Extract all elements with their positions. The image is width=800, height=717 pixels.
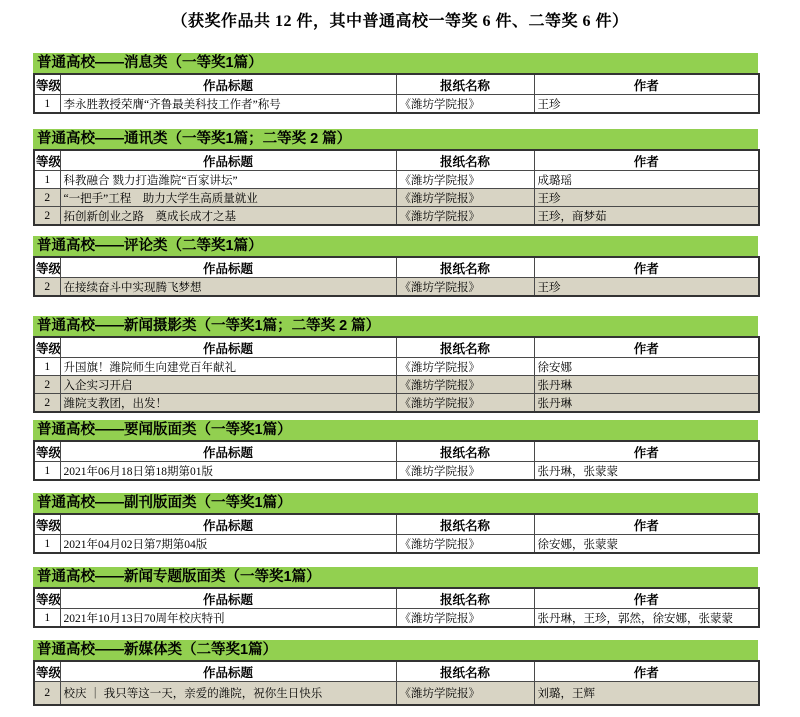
- author-cell: 徐安娜: [534, 358, 759, 376]
- award-section: 普通高校——要闻版面类（一等奖1篇）等级作品标题报纸名称作者12021年06月1…: [33, 420, 758, 481]
- column-header-work: 作品标题: [60, 74, 396, 95]
- header-row: 等级作品标题报纸名称作者: [34, 337, 759, 358]
- awards-table: 等级作品标题报纸名称作者12021年06月18日第18期第01版《潍坊学院报》张…: [33, 440, 760, 481]
- column-header-author: 作者: [534, 337, 759, 358]
- section-title-bar: 普通高校——副刊版面类（一等奖1篇）: [33, 493, 758, 513]
- column-header-newspaper: 报纸名称: [396, 441, 534, 462]
- section-title-bar: 普通高校——新媒体类（二等奖1篇）: [33, 640, 758, 660]
- award-section: 普通高校——通讯类（一等奖1篇；二等奖 2 篇）等级作品标题报纸名称作者1科教融…: [33, 129, 758, 226]
- column-header-grade: 等级: [34, 514, 60, 535]
- grade-cell: 2: [34, 189, 60, 207]
- column-header-author: 作者: [534, 441, 759, 462]
- section-title-bar: 普通高校——评论类（二等奖1篇）: [33, 236, 758, 256]
- header-row: 等级作品标题报纸名称作者: [34, 514, 759, 535]
- header-row: 等级作品标题报纸名称作者: [34, 441, 759, 462]
- awards-table: 等级作品标题报纸名称作者1升国旗！潍院师生向建党百年献礼《潍坊学院报》徐安娜2入…: [33, 336, 760, 413]
- author-cell: 张丹琳，王珍，郭然，徐安娜，张蒙蒙: [534, 609, 759, 628]
- column-header-work: 作品标题: [60, 661, 396, 682]
- column-header-newspaper: 报纸名称: [396, 661, 534, 682]
- grade-cell: 1: [34, 358, 60, 376]
- column-header-work: 作品标题: [60, 441, 396, 462]
- table-row: 12021年06月18日第18期第01版《潍坊学院报》张丹琳，张蒙蒙: [34, 462, 759, 481]
- column-header-work: 作品标题: [60, 257, 396, 278]
- grade-cell: 1: [34, 535, 60, 554]
- newspaper-cell: 《潍坊学院报》: [396, 535, 534, 554]
- work-cell: 科教融合 戮力打造潍院“百家讲坛”: [60, 171, 396, 189]
- award-section: 普通高校——消息类（一等奖1篇）等级作品标题报纸名称作者1李永胜教授荣膺“齐鲁最…: [33, 53, 758, 114]
- grade-cell: 2: [34, 394, 60, 413]
- author-cell: 成璐瑶: [534, 171, 759, 189]
- awards-table: 等级作品标题报纸名称作者2校庆 ｜ 我只等这一天，亲爱的潍院，祝你生日快乐《潍坊…: [33, 660, 760, 706]
- awards-table: 等级作品标题报纸名称作者12021年10月13日70周年校庆特刊《潍坊学院报》张…: [33, 587, 760, 628]
- grade-cell: 2: [34, 682, 60, 706]
- award-section: 普通高校——新媒体类（二等奖1篇）等级作品标题报纸名称作者2校庆 ｜ 我只等这一…: [33, 640, 758, 706]
- newspaper-cell: 《潍坊学院报》: [396, 207, 534, 226]
- newspaper-cell: 《潍坊学院报》: [396, 394, 534, 413]
- author-cell: 徐安娜，张蒙蒙: [534, 535, 759, 554]
- table-row: 12021年04月02日第7期第04版《潍坊学院报》徐安娜，张蒙蒙: [34, 535, 759, 554]
- table-row: 1李永胜教授荣膺“齐鲁最美科技工作者”称号《潍坊学院报》王珍: [34, 95, 759, 114]
- award-section: 普通高校——新闻专题版面类（一等奖1篇）等级作品标题报纸名称作者12021年10…: [33, 567, 758, 628]
- column-header-grade: 等级: [34, 150, 60, 171]
- header-row: 等级作品标题报纸名称作者: [34, 588, 759, 609]
- award-section: 普通高校——新闻摄影类（一等奖1篇；二等奖 2 篇）等级作品标题报纸名称作者1升…: [33, 316, 758, 413]
- author-cell: 王珍: [534, 189, 759, 207]
- grade-cell: 1: [34, 95, 60, 114]
- column-header-newspaper: 报纸名称: [396, 74, 534, 95]
- column-header-author: 作者: [534, 588, 759, 609]
- table-row: 2在接续奋斗中实现腾飞梦想《潍坊学院报》王珍: [34, 278, 759, 297]
- work-cell: 2021年10月13日70周年校庆特刊: [60, 609, 396, 628]
- column-header-author: 作者: [534, 514, 759, 535]
- awards-table: 等级作品标题报纸名称作者1李永胜教授荣膺“齐鲁最美科技工作者”称号《潍坊学院报》…: [33, 73, 760, 114]
- header-row: 等级作品标题报纸名称作者: [34, 257, 759, 278]
- newspaper-cell: 《潍坊学院报》: [396, 376, 534, 394]
- column-header-work: 作品标题: [60, 514, 396, 535]
- grade-cell: 1: [34, 171, 60, 189]
- column-header-work: 作品标题: [60, 337, 396, 358]
- grade-cell: 1: [34, 462, 60, 481]
- column-header-author: 作者: [534, 150, 759, 171]
- section-title-bar: 普通高校——通讯类（一等奖1篇；二等奖 2 篇）: [33, 129, 758, 149]
- column-header-work: 作品标题: [60, 150, 396, 171]
- work-cell: 拓创新创业之路 奠成长成才之基: [60, 207, 396, 226]
- author-cell: 王珍: [534, 95, 759, 114]
- table-row: 1科教融合 戮力打造潍院“百家讲坛”《潍坊学院报》成璐瑶: [34, 171, 759, 189]
- column-header-newspaper: 报纸名称: [396, 337, 534, 358]
- newspaper-cell: 《潍坊学院报》: [396, 609, 534, 628]
- grade-cell: 2: [34, 376, 60, 394]
- header-row: 等级作品标题报纸名称作者: [34, 150, 759, 171]
- table-row: 2潍院支教团，出发！《潍坊学院报》张丹琳: [34, 394, 759, 413]
- column-header-grade: 等级: [34, 257, 60, 278]
- author-cell: 张丹琳，张蒙蒙: [534, 462, 759, 481]
- column-header-newspaper: 报纸名称: [396, 257, 534, 278]
- column-header-work: 作品标题: [60, 588, 396, 609]
- column-header-author: 作者: [534, 74, 759, 95]
- column-header-newspaper: 报纸名称: [396, 588, 534, 609]
- document-page: （获奖作品共 12 件，其中普通高校一等奖 6 件、二等奖 6 件） 普通高校—…: [0, 0, 800, 717]
- work-cell: 入企实习开启: [60, 376, 396, 394]
- work-cell: 校庆 ｜ 我只等这一天，亲爱的潍院，祝你生日快乐: [60, 682, 396, 706]
- grade-cell: 2: [34, 278, 60, 297]
- column-header-grade: 等级: [34, 661, 60, 682]
- author-cell: 刘璐，王辉: [534, 682, 759, 706]
- column-header-author: 作者: [534, 661, 759, 682]
- table-row: 2拓创新创业之路 奠成长成才之基《潍坊学院报》王珍，商梦茹: [34, 207, 759, 226]
- grade-cell: 1: [34, 609, 60, 628]
- author-cell: 王珍，商梦茹: [534, 207, 759, 226]
- author-cell: 张丹琳: [534, 376, 759, 394]
- section-title-bar: 普通高校——消息类（一等奖1篇）: [33, 53, 758, 73]
- table-row: 2校庆 ｜ 我只等这一天，亲爱的潍院，祝你生日快乐《潍坊学院报》刘璐，王辉: [34, 682, 759, 706]
- author-cell: 张丹琳: [534, 394, 759, 413]
- table-row: 1升国旗！潍院师生向建党百年献礼《潍坊学院报》徐安娜: [34, 358, 759, 376]
- newspaper-cell: 《潍坊学院报》: [396, 358, 534, 376]
- column-header-newspaper: 报纸名称: [396, 514, 534, 535]
- header-row: 等级作品标题报纸名称作者: [34, 661, 759, 682]
- column-header-grade: 等级: [34, 441, 60, 462]
- table-row: 12021年10月13日70周年校庆特刊《潍坊学院报》张丹琳，王珍，郭然，徐安娜…: [34, 609, 759, 628]
- grade-cell: 2: [34, 207, 60, 226]
- work-cell: 2021年06月18日第18期第01版: [60, 462, 396, 481]
- awards-table: 等级作品标题报纸名称作者2在接续奋斗中实现腾飞梦想《潍坊学院报》王珍: [33, 256, 760, 297]
- award-section: 普通高校——评论类（二等奖1篇）等级作品标题报纸名称作者2在接续奋斗中实现腾飞梦…: [33, 236, 758, 297]
- column-header-grade: 等级: [34, 74, 60, 95]
- column-header-grade: 等级: [34, 588, 60, 609]
- table-row: 2入企实习开启《潍坊学院报》张丹琳: [34, 376, 759, 394]
- work-cell: “一把手”工程 助力大学生高质量就业: [60, 189, 396, 207]
- work-cell: 2021年04月02日第7期第04版: [60, 535, 396, 554]
- sections-container: 普通高校——消息类（一等奖1篇）等级作品标题报纸名称作者1李永胜教授荣膺“齐鲁最…: [33, 53, 758, 706]
- column-header-newspaper: 报纸名称: [396, 150, 534, 171]
- author-cell: 王珍: [534, 278, 759, 297]
- newspaper-cell: 《潍坊学院报》: [396, 462, 534, 481]
- work-cell: 在接续奋斗中实现腾飞梦想: [60, 278, 396, 297]
- newspaper-cell: 《潍坊学院报》: [396, 278, 534, 297]
- work-cell: 升国旗！潍院师生向建党百年献礼: [60, 358, 396, 376]
- work-cell: 潍院支教团，出发！: [60, 394, 396, 413]
- header-row: 等级作品标题报纸名称作者: [34, 74, 759, 95]
- page-title: （获奖作品共 12 件，其中普通高校一等奖 6 件、二等奖 6 件）: [0, 8, 800, 31]
- work-cell: 李永胜教授荣膺“齐鲁最美科技工作者”称号: [60, 95, 396, 114]
- table-row: 2“一把手”工程 助力大学生高质量就业《潍坊学院报》王珍: [34, 189, 759, 207]
- column-header-grade: 等级: [34, 337, 60, 358]
- column-header-author: 作者: [534, 257, 759, 278]
- awards-table: 等级作品标题报纸名称作者1科教融合 戮力打造潍院“百家讲坛”《潍坊学院报》成璐瑶…: [33, 149, 760, 226]
- newspaper-cell: 《潍坊学院报》: [396, 189, 534, 207]
- newspaper-cell: 《潍坊学院报》: [396, 171, 534, 189]
- award-section: 普通高校——副刊版面类（一等奖1篇）等级作品标题报纸名称作者12021年04月0…: [33, 493, 758, 554]
- newspaper-cell: 《潍坊学院报》: [396, 95, 534, 114]
- newspaper-cell: 《潍坊学院报》: [396, 682, 534, 706]
- section-title-bar: 普通高校——新闻摄影类（一等奖1篇；二等奖 2 篇）: [33, 316, 758, 336]
- section-title-bar: 普通高校——新闻专题版面类（一等奖1篇）: [33, 567, 758, 587]
- section-title-bar: 普通高校——要闻版面类（一等奖1篇）: [33, 420, 758, 440]
- awards-table: 等级作品标题报纸名称作者12021年04月02日第7期第04版《潍坊学院报》徐安…: [33, 513, 760, 554]
